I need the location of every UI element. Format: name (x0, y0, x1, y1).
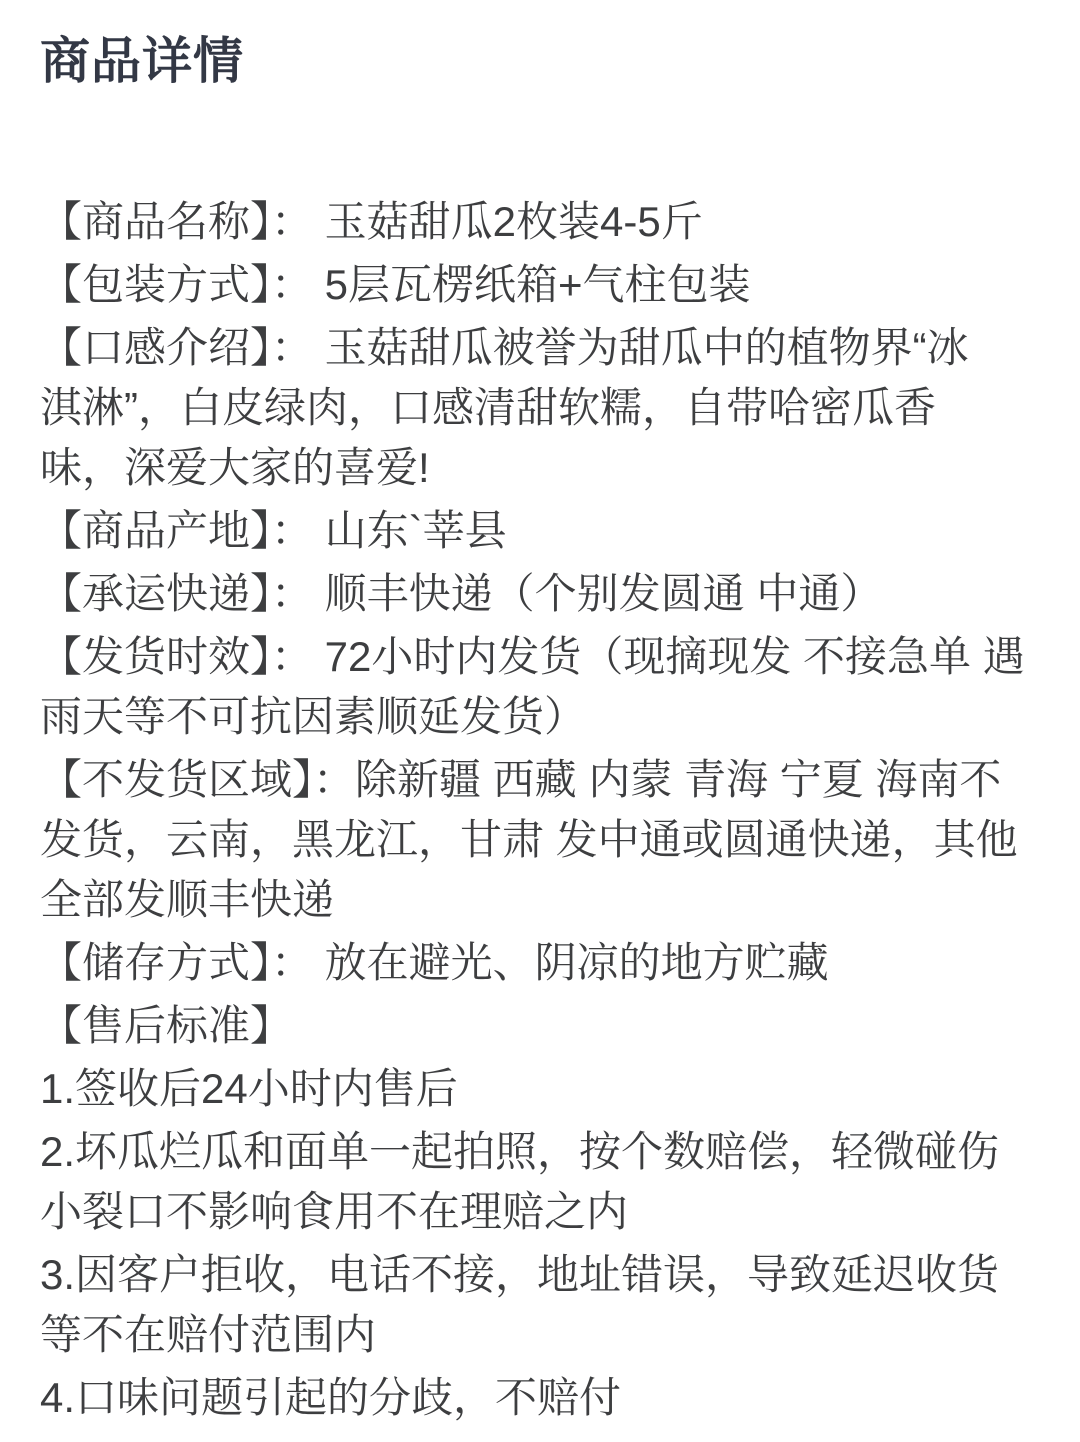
paragraph-aftersale-rule-1: 1.签收后24小时内售后 (40, 1059, 1040, 1119)
paragraph-aftersale-rule-3: 3.因客户拒收，电话不接，地址错误，导致延迟收货 等不在赔付范围内 (40, 1245, 1040, 1365)
page-title: 商品详情 (40, 30, 1040, 92)
paragraph-aftersale-header: 【售后标准】 (40, 996, 1040, 1056)
paragraph-product-name: 【商品名称】： 玉菇甜瓜2枚装4-5斤 (40, 192, 1040, 252)
paragraph-shipping-time: 【发货时效】： 72小时内发货（现摘现发 不接急单 遇 雨天等不可抗因素顺延发货… (40, 627, 1040, 747)
paragraph-courier: 【承运快递】： 顺丰快递（个别发圆通 中通） (40, 564, 1040, 624)
paragraph-no-ship-regions: 【不发货区域】：除新疆 西藏 内蒙 青海 宁夏 海南不 发货，云南，黑龙江，甘肃… (40, 750, 1040, 930)
product-detail-page: 商品详情 【商品名称】： 玉菇甜瓜2枚装4-5斤 【包装方式】： 5层瓦楞纸箱+… (0, 0, 1080, 1442)
paragraph-aftersale-rule-4: 4.口味问题引起的分歧，不赔付 (40, 1368, 1040, 1428)
detail-text-block: 【商品名称】： 玉菇甜瓜2枚装4-5斤 【包装方式】： 5层瓦楞纸箱+气柱包装 … (40, 192, 1040, 1428)
paragraph-aftersale-rule-2: 2.坏瓜烂瓜和面单一起拍照，按个数赔偿，轻微碰伤 小裂口不影响食用不在理赔之内 (40, 1122, 1040, 1242)
paragraph-taste-intro: 【口感介绍】： 玉菇甜瓜被誉为甜瓜中的植物界“冰 淇淋”，白皮绿肉，口感清甜软糯… (40, 318, 1040, 498)
paragraph-storage: 【储存方式】： 放在避光、阴凉的地方贮藏 (40, 933, 1040, 993)
paragraph-packaging: 【包装方式】： 5层瓦楞纸箱+气柱包装 (40, 255, 1040, 315)
paragraph-origin: 【商品产地】： 山东`莘县 (40, 501, 1040, 561)
